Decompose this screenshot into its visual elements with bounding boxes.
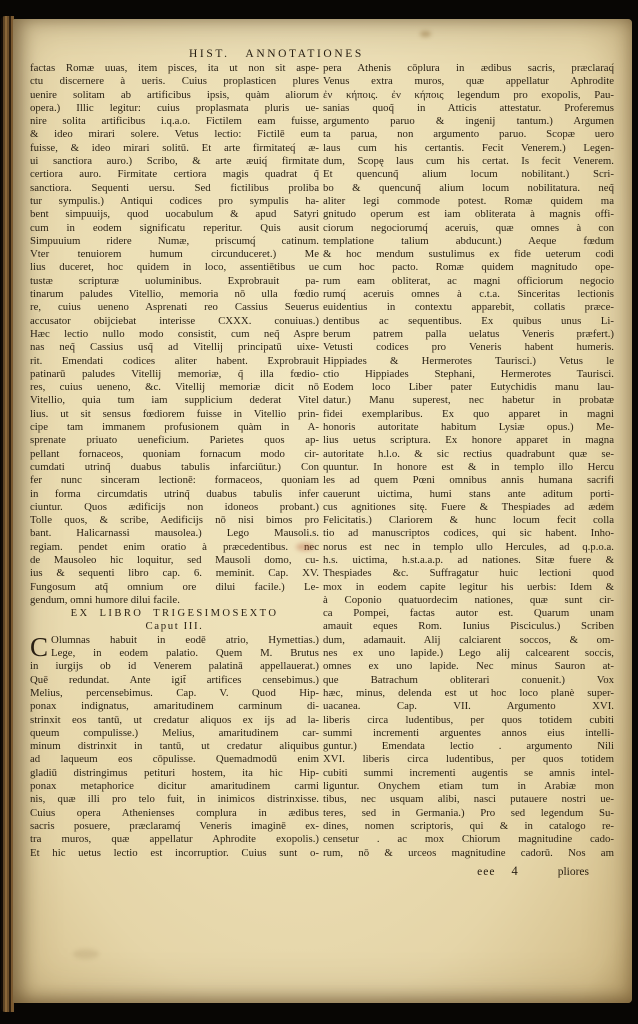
text-line: ponax indignatus, amaritudinem carminum … [30, 700, 319, 713]
left-column-text-block-2: in iurgijs ob id Venerem palatinā appell… [30, 660, 319, 859]
text-line: ctio Hippiades Stephani, Hermerotes Taur… [323, 368, 614, 381]
text-line: gnitudo operum est iam obliterata à magn… [323, 208, 614, 221]
text-line: teres, sed in Germania.) Pro sed legendu… [323, 807, 614, 820]
text-line: bo & quencunq̃ alium locum nobilitatura.… [323, 182, 614, 195]
left-column-dropcap-block: C Olumnas habuit in eodē atrio, Hymettia… [30, 634, 319, 661]
text-line: Tolle quos, & scribe, Aedificijs nō nisi… [30, 514, 319, 527]
text-line: Quē redundat. Ante igit̃ artifices cense… [30, 674, 319, 687]
text-line: argumento paruo & ingenij tantum.) Argum… [323, 115, 614, 128]
text-line: cus agnitiones sitę. Fuere & Thespiades … [323, 501, 614, 514]
text-line: rit. Emendati codices aliter habent. Exp… [30, 355, 319, 368]
drop-cap-letter: C [30, 635, 48, 660]
text-line: les ad quem Pœni omnibus annis humana sa… [323, 474, 614, 487]
text-line: pera Athenis cōplura in ædibus sacris, p… [323, 62, 614, 75]
text-line: Hæc lectio nullo modo consistit, cum neq… [30, 328, 319, 341]
text-line: sprenate priuato ueneficium. Parietes qu… [30, 434, 319, 447]
text-line: cipe tam immanem profusionem quàm in A- [30, 421, 319, 434]
text-line: fidei exemplaribus. Ex quo apparet in ma… [323, 408, 614, 421]
text-line: dum, adamauit. Alij calciarent soccos, &… [323, 634, 614, 647]
text-line: cumdati utrinq̃ duabus tabulis infarciūt… [30, 461, 319, 474]
text-line: ius & sequenti libro cap. 6. meminit. Ca… [30, 567, 319, 580]
text-line: in forma circumdatis utrinq̃ duabus tabu… [30, 488, 319, 501]
text-line: tibus, nec usquam alibi, nasci putauere … [323, 793, 614, 806]
text-line: tinarum paludes Vitellio, memoria nō ull… [30, 288, 319, 301]
left-column: factas Romæ uuas, item pisces, ita ut no… [30, 62, 319, 860]
text-line: cum in eodem significatu reperitur. Quis… [30, 222, 319, 235]
running-head: HIST. ANNOTATIONES [189, 48, 364, 60]
text-line: Thespiades &c. Suffragatur huic lectioni… [323, 567, 614, 580]
text-line: autoritate h.l.o. & sic rectius quadrabu… [323, 448, 614, 461]
section-heading: EX LIBRO TRIGESIMOSEXTO [30, 607, 319, 620]
text-line: dentibus ac sequentibus. Ex quibus unus … [323, 315, 614, 328]
text-line: Vitellio, quia tum iam supplicium dedera… [30, 394, 319, 407]
chapter-heading: Caput III. [30, 620, 319, 633]
text-line: uenire solitam ab artificibus ipsis, quà… [30, 89, 319, 102]
text-line: ca Pompei, factas autor est. Quarum unam [323, 607, 614, 620]
text-line: rumq́ aceruis omnes à c.t.a. Sinceritas … [323, 288, 614, 301]
text-line: gladiū distringimus petituri hostem, ita… [30, 767, 319, 780]
stain [420, 31, 431, 37]
text-line: censetur . ac mox Chiorum magnitudine ca… [323, 833, 614, 846]
text-line: tra muros, quæ appellatur Aphrodite exop… [30, 833, 319, 846]
text-line: bant. Halicarnassi mausolea.) Lego Mauso… [30, 527, 319, 540]
text-line: amauit eques Rom. Iunius Pisciculus.) Sc… [323, 620, 614, 633]
text-line: gendum, omni humore dilui facile. [30, 594, 319, 607]
text-line: XVI. liberis circa ludentibus, per quos … [323, 753, 614, 766]
text-line: queum compulisse.) Melius, amaritudinem … [30, 727, 319, 740]
text-line: Simpuuium ridere Numæ, priscumq́ catinum… [30, 235, 319, 248]
text-line: tustæ scripturæ uoluminibus. Exprobrauit… [30, 275, 319, 288]
text-line: Vetusti codices pro Veneris habent humer… [323, 341, 614, 354]
text-line: aliter legi commode potest. Romæ quidem … [323, 195, 614, 208]
text-line: liberis circa ludentibus, per quos totid… [323, 714, 614, 727]
text-line: lius duceret, hoc quidem in loco, assent… [30, 261, 319, 274]
text-line: dum, Scopę laus cum his certat. Is fecit… [323, 155, 614, 168]
stain [601, 501, 609, 509]
right-column: pera Athenis cōplura in ædibus sacris, p… [323, 62, 614, 860]
signature-number: 4 [511, 864, 517, 879]
text-line: datur.) Manu superest, nec habetur in pr… [323, 394, 614, 407]
text-line: tur sympulis.) Antiqui codices pro sympu… [30, 195, 319, 208]
text-line: strinxit eos tantū, ut credatur aliquos … [30, 714, 319, 727]
text-line: pellant fornaceos, quoniam fornacum modo… [30, 448, 319, 461]
text-line: Cuius opera Athenienses complura in ædib… [30, 807, 319, 820]
text-line: fer nunc sinceram lectionē: formaceos, q… [30, 474, 319, 487]
text-line: mox in eodem capite legitur his uerbis: … [323, 581, 614, 594]
text-line: Eodem loco Liber pater Eutychidis manu l… [323, 381, 614, 394]
text-line: accusator obijciebat interisse CXXX. con… [30, 315, 319, 328]
text-line: re, cuius ueneno Asprenati reo Cassius S… [30, 301, 319, 314]
book-page: HIST. ANNOTATIONES factas Romæ uuas, ite… [13, 19, 632, 1003]
text-line: nire solita artificibus i.q.a.o. Fictile… [30, 115, 319, 128]
text-line: in iurgijs ob id Venerem palatinā appell… [30, 660, 319, 673]
text-line: opera.) Illic legitur: cuius proplasmata… [30, 102, 319, 115]
text-line: nes ex uno lapide.) Lego alij calcearent… [323, 647, 614, 660]
text-line: sanctiora. Sequenti uersu. Sed fictilibu… [30, 182, 319, 195]
text-line: Et quencunq̃ alium locum nobilitant.) Sc… [323, 168, 614, 181]
text-line: Hippiades & Hermerotes Taurisci.) Vetus … [323, 355, 614, 368]
text-line: Venus extra muros, quæ appellatur Aphrod… [323, 75, 614, 88]
text-line: lius. ut sit sensus fœdiorem fuisse in V… [30, 408, 319, 421]
text-line: guntur.) Emendata lectio . argumento Nil… [323, 740, 614, 753]
text-line: cubiti summi incrementi augentis se amni… [323, 767, 614, 780]
text-line: uacanea. Cap. VII. Argumento XVI. [323, 700, 614, 713]
text-line: laus cum his certantis. Fecit Venerem.) … [323, 142, 614, 155]
text-line: factas Romæ uuas, item pisces, ita ut no… [30, 62, 319, 75]
text-line: cum hoc pacto. Romæ quidem magnitudo ope… [323, 261, 614, 274]
text-line: & ideo mirari solere. Vetus lectio: Fict… [30, 128, 319, 141]
text-line: ta parua, non argumento paruo. Scopæ uer… [323, 128, 614, 141]
text-line: Melius, percensebimus. Cap. V. Quod Hip- [30, 687, 319, 700]
text-line: quuntur. In honore est & in templo illo … [323, 461, 614, 474]
text-line: summi incrementi arguentes annos eius in… [323, 727, 614, 740]
text-line: liguntur. Onychem etiam tum in Arabiæ mo… [323, 780, 614, 793]
text-line: minum distrinxit in tantū, ut credatur a… [30, 740, 319, 753]
text-line: templatione talium abducunt.) Aeque fœdu… [323, 235, 614, 248]
text-line: dines, nomen scriptoris, qui & in catalo… [323, 820, 614, 833]
text-line: rum, nō & urceos magnitudine cadorū. Nos… [323, 847, 614, 860]
text-line: Et hic uetus lectio est incorruptior. Cu… [30, 847, 319, 860]
text-line: fuisse, & ideo mirari solitū. Et arte fi… [30, 142, 319, 155]
text-line: ciorum negociorumq́ aceruis, quæ omnes à… [323, 222, 614, 235]
text-line: honoris autoritate habitum Lysiæ opus.) … [323, 421, 614, 434]
signature-mark: eee [477, 866, 495, 878]
text-line: ciuntur. Quos ædificijs non idoneos prob… [30, 501, 319, 514]
text-line: sacris posuere, præclaramq́ Veneris imag… [30, 820, 319, 833]
signature-line: eee 4 pliores [323, 864, 589, 879]
text-line: & hoc mendum sustulimus ex fide ueterum … [323, 248, 614, 261]
text-line: bent simpuuijs, quod uocabulum & apud Sa… [30, 208, 319, 221]
text-line: berum patrem palla uelatus Veneris præfe… [323, 328, 614, 341]
text-line: Lege, in eodem palatio. Quem M. Brutus [30, 647, 319, 660]
text-line: sanias quoq̃ in Atticis attestatur. Prof… [323, 102, 614, 115]
text-line: certiora auro. Firmitate certiora magis … [30, 168, 319, 181]
text-line: Felicitatis.) Clariorem & hunc locum fec… [323, 514, 614, 527]
stain [296, 543, 314, 551]
text-line: ponax metaphorice dicitur amaritudinem c… [30, 780, 319, 793]
stain [73, 949, 99, 959]
text-line: ad laqueum eos cōpulisse. Quemadmodū eni… [30, 753, 319, 766]
text-line: Olumnas habuit in eodē atrio, Hymettias.… [30, 634, 319, 647]
text-line: hæc, minus, delenda est ut hoc loco plan… [323, 687, 614, 700]
text-line: ἐν κήποις. ἐν κήποις legendum pro exopol… [323, 89, 614, 102]
text-line: Vter tenuiorem humum circunduceret.) Me [30, 248, 319, 261]
text-line: à Coponio quatuordecim nationes, quæ sun… [323, 594, 614, 607]
text-line: regiam. pendet enim oratio à præcedentib… [30, 541, 319, 554]
text-line: cauerunt uictima, humi stans ante aditum… [323, 488, 614, 501]
text-line: lius uetus scriptura. Ex honore apparet … [323, 434, 614, 447]
text-line: rum eam obliterat, ac magni officiorum n… [323, 275, 614, 288]
text-line: euidentius in contextu apparebit, collat… [323, 301, 614, 314]
catchword: pliores [558, 866, 589, 878]
text-line: patinarū paludes Vitellij memoriæ, q̃ il… [30, 368, 319, 381]
left-column-text-block-1: factas Romæ uuas, item pisces, ita ut no… [30, 62, 319, 594]
text-line: ctu discernere à ueris. Cuius proplastic… [30, 75, 319, 88]
text-line: de Mausoleo hic loquitur, sed Mausoli do… [30, 554, 319, 567]
right-column-text-block: pera Athenis cōplura in ædibus sacris, p… [323, 62, 614, 860]
text-line: nis, quæ illi pro telo fuit, in inimicos… [30, 793, 319, 806]
text-line: h.s. uictima, h.st.a.a.p. ad nationes. S… [323, 554, 614, 567]
text-line: norus est nec in templo ullo Hercules, a… [323, 541, 614, 554]
left-column-dropcap-lines: Olumnas habuit in eodē atrio, Hymettias.… [30, 634, 319, 661]
text-line: que Batrachum obliterari conuenit.) Vox [323, 674, 614, 687]
text-line: nas neq̃ Cassius usq̃ ad Vitellij princi… [30, 341, 319, 354]
text-line: ui sanctiora auro.) Scribo, & arte æuiq́… [30, 155, 319, 168]
text-line: res, cuius ueneno, &c. Vitellij memoriæ … [30, 381, 319, 394]
text-line: omnes ex uno lapide. Nec minus Sauron at… [323, 660, 614, 673]
text-line: Fungosum atq̃ omnium ore dilui facile.) … [30, 581, 319, 594]
text-line: tio ad manuscriptos codices, qui sic hab… [323, 527, 614, 540]
